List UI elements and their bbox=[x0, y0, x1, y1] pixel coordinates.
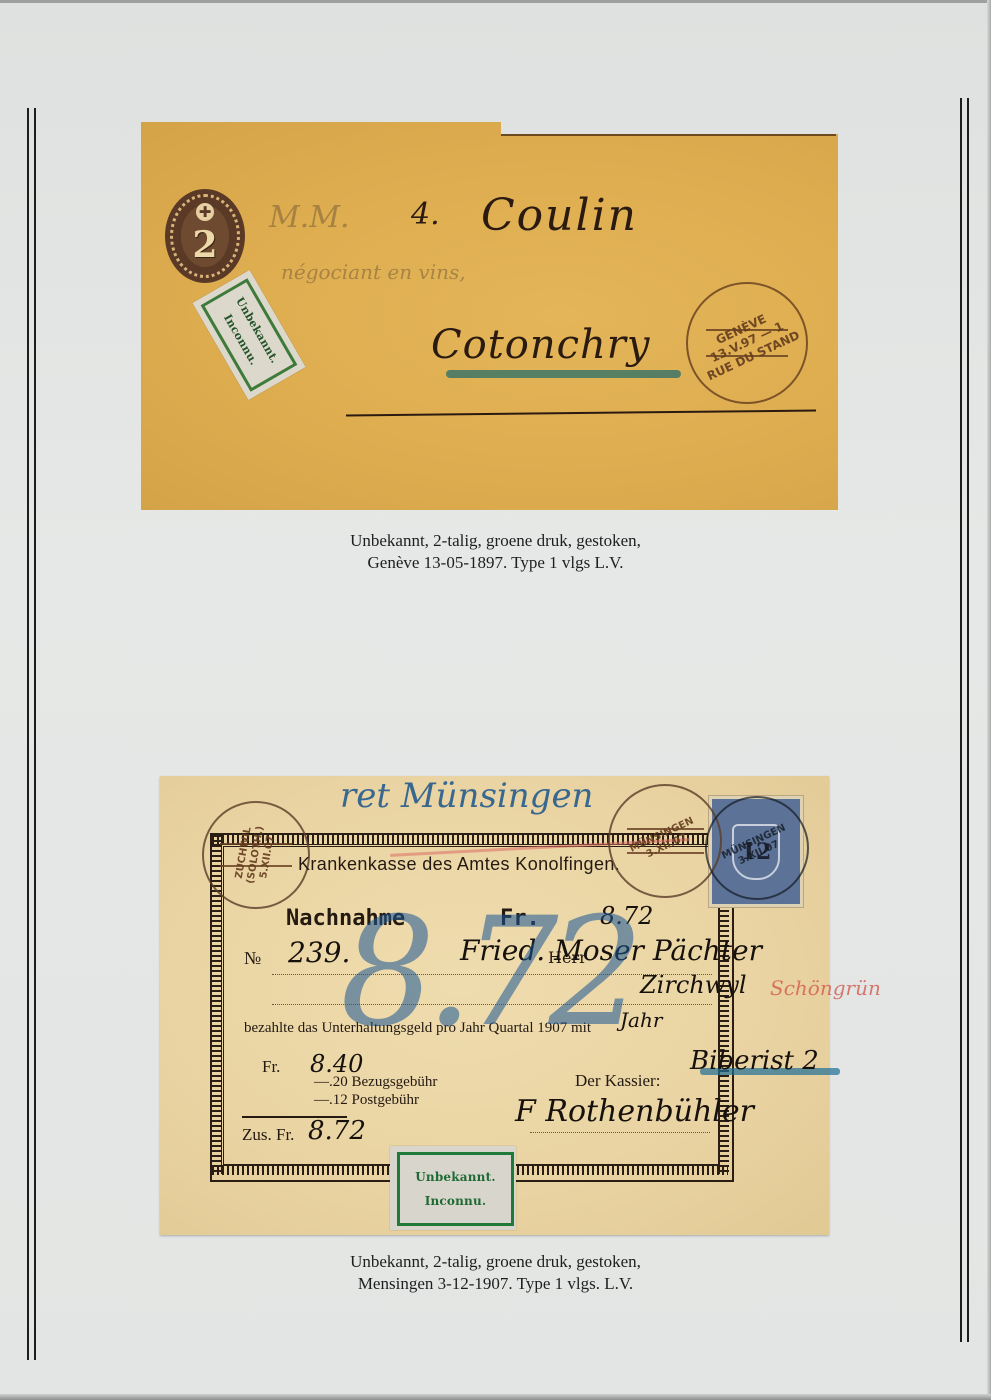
left-border-rule-inner bbox=[34, 108, 36, 1360]
unbekannt-label-rotated: Unbekannt. Inconnu. bbox=[192, 270, 305, 400]
handwritten-salutation: M.M. bbox=[269, 200, 350, 235]
page-right-edge bbox=[987, 0, 991, 1400]
caption-item-1: Unbekannt, 2-talig, groene druk, gestoke… bbox=[0, 530, 991, 574]
handwritten-street: Zirchwyl bbox=[640, 971, 747, 999]
handwritten-total-amount: 8.72 bbox=[308, 1116, 366, 1146]
handwritten-addressee-name: Coulin bbox=[481, 190, 638, 241]
caption-1-line-1: Unbekannt, 2-talig, groene druk, gestoke… bbox=[0, 530, 991, 552]
handwritten-city: Cotonchry bbox=[431, 322, 651, 368]
indicia-value: 2 bbox=[192, 224, 217, 266]
green-crayon-strikethrough bbox=[446, 370, 681, 378]
envelope-flap-edge bbox=[501, 134, 836, 136]
blue-crayon-amount: 8.72 bbox=[340, 886, 634, 1060]
stamp-indicia: ✚ 2 bbox=[165, 189, 245, 283]
handwritten-signature: F Rothenbühler bbox=[515, 1094, 754, 1129]
printed-fr: Fr. bbox=[262, 1057, 280, 1077]
printed-total-label: Zus. Fr. bbox=[242, 1125, 294, 1145]
label-line-de: Unbekannt. bbox=[415, 1170, 495, 1184]
label-line-fr: Inconnu. bbox=[425, 1194, 487, 1208]
printed-kassier: Der Kassier: bbox=[575, 1071, 660, 1091]
caption-item-2: Unbekannt, 2-talig, groene druk, gestoke… bbox=[0, 1251, 991, 1295]
postmark-on-stamp: MÜNSINGEN 3.XII.07 bbox=[705, 796, 809, 900]
handwritten-correction: Schöngrün bbox=[770, 976, 881, 1000]
handwritten-occupation: négociant en vins, bbox=[281, 260, 466, 284]
page-bottom-edge bbox=[0, 1394, 991, 1400]
printed-fee-postage: —.12 Postgebühr bbox=[314, 1092, 419, 1109]
handwritten-initial: 4. bbox=[411, 197, 440, 232]
right-border-rule-inner bbox=[960, 98, 962, 1342]
page-top-edge bbox=[0, 0, 991, 3]
handwritten-city-struck: Biberist 2 bbox=[690, 1046, 819, 1076]
unbekannt-label-card: Unbekannt. Inconnu. bbox=[390, 1146, 516, 1230]
postmark-zuchwil: ZUCHWIL (SOLOTH.) 5.XII.07 bbox=[202, 801, 310, 909]
printed-title: Krankenkasse des Amtes Konolfingen. bbox=[298, 854, 620, 875]
handwritten-retour-note: ret Münsingen bbox=[340, 776, 593, 816]
ink-underline bbox=[346, 410, 816, 417]
caption-2-line-2: Mensingen 3-12-1907. Type 1 vlgs. L.V. bbox=[0, 1273, 991, 1295]
left-border-rule-outer bbox=[27, 108, 29, 1360]
caption-2-line-1: Unbekannt, 2-talig, groene druk, gestoke… bbox=[0, 1251, 991, 1273]
right-border-rule-outer bbox=[967, 98, 969, 1342]
envelope-geneve-1897: ✚ 2 M.M. négociant en vins, 4. Coulin Co… bbox=[141, 122, 838, 510]
postmark-geneve: GENÈVE 13.V.97 — 1 RUE DU STAND bbox=[686, 282, 808, 404]
printed-number-sign: № bbox=[244, 948, 261, 969]
caption-1-line-2: Genève 13-05-1897. Type 1 vlgs L.V. bbox=[0, 552, 991, 574]
swiss-cross-icon: ✚ bbox=[196, 203, 214, 221]
printed-fee-collection: —.20 Bezugsgebühr bbox=[314, 1074, 437, 1091]
